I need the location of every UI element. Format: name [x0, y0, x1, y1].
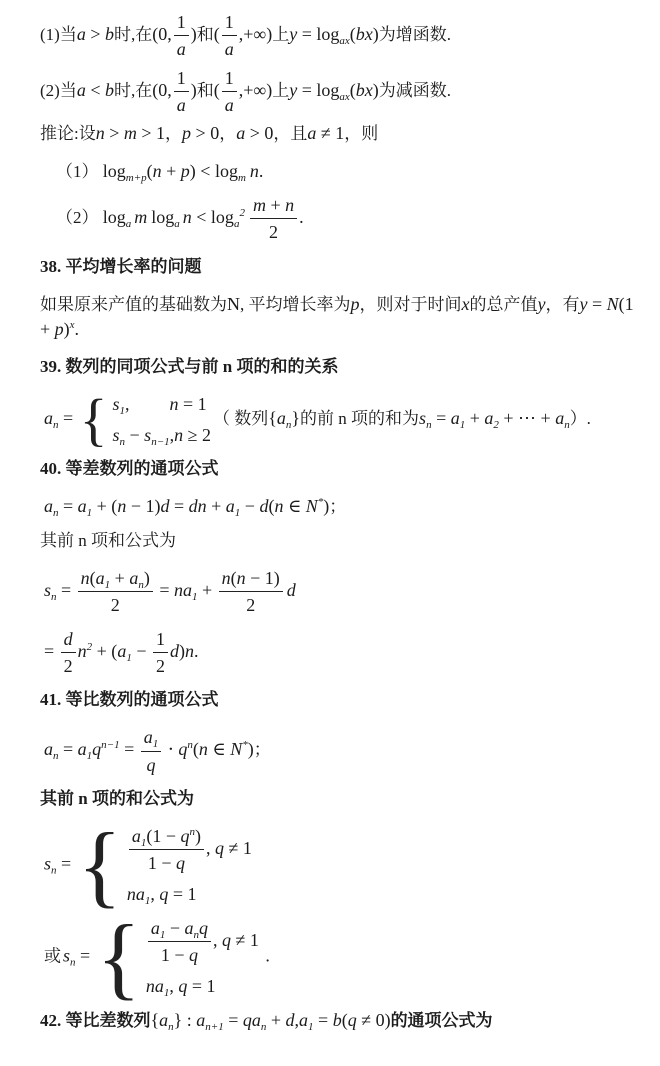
cases-brace: {: [80, 395, 108, 444]
fraction: d2: [61, 627, 76, 679]
piecewise-cases: {a1(1 − qn)1 − q, q ≠ 1na1, q = 1: [78, 824, 252, 907]
rule-2-decreasing: (2)当a < b时,在(0,1a)和(1a,+∞)上y = logax(bx)…: [40, 66, 642, 118]
cases-brace: {: [78, 826, 122, 904]
formula-40-sum-2: = d2n2 + (a1 − 12d)n.: [40, 627, 642, 679]
heading-40: 40. 等差数列的通项公式: [40, 456, 642, 481]
formula-41-sum-1: sn = {a1(1 − qn)1 − q, q ≠ 1na1, q = 1: [40, 824, 642, 907]
fraction: 1a: [174, 66, 189, 118]
heading-39: 39. 数列的同项公式与前 n 项的和的关系: [40, 354, 642, 379]
formula-40-general: an = a1 + (n − 1)d = dn + a1 − d(n ∈ N*)…: [40, 494, 642, 519]
text-41-sum-intro: 其前 n 项的和公式为: [40, 786, 642, 811]
document-page: (1)当a > b时,在(0,1a)和(1a,+∞)上y = logax(bx)…: [40, 10, 642, 1033]
fraction: a1 − anq1 − q: [148, 916, 211, 968]
formula-40-sum-1: sn = n(a1 + an)2 = na1 + n(n − 1)2d: [40, 566, 642, 618]
fraction: a1q: [141, 725, 162, 777]
cases-brace: {: [97, 918, 141, 996]
rule-1-increasing: (1)当a > b时,在(0,1a)和(1a,+∞)上y = logax(bx)…: [40, 10, 642, 62]
corollary-2: （2） logamlogan < loga2m + n2.: [40, 193, 642, 245]
fraction: 1a: [222, 66, 237, 118]
piecewise-cases: {a1 − anq1 − q, q ≠ 1na1, q = 1: [97, 916, 259, 999]
fraction: 12: [153, 627, 168, 679]
piecewise-cases: {s1,n = 1sn − sn−1,n ≥ 2: [80, 392, 211, 448]
heading-41: 41. 等比数列的通项公式: [40, 687, 642, 712]
fraction: 1a: [174, 10, 189, 62]
document-content: (1)当a > b时,在(0,1a)和(1a,+∞)上y = logax(bx)…: [40, 10, 642, 1033]
corollary-1: （1） logm+p(n + p) < logmn.: [40, 159, 642, 184]
formula-39: an = {s1,n = 1sn − sn−1,n ≥ 2（ 数列{an}的前 …: [40, 392, 642, 448]
fraction: n(n − 1)2: [219, 566, 283, 618]
formula-41-sum-2: 或sn = {a1 − anq1 − q, q ≠ 1na1, q = 1 .: [40, 916, 642, 999]
fraction: m + n2: [250, 193, 297, 245]
text-40-sum-intro: 其前 n 项和公式为: [40, 528, 642, 553]
fraction: n(a1 + an)2: [78, 566, 153, 618]
para-38: 如果原来产值的基础数为N, 平均增长率为p，则对于时间x的总产值y，有y = N…: [40, 292, 642, 341]
heading-38: 38. 平均增长率的问题: [40, 254, 642, 279]
formula-41-general: an = a1qn−1 = a1q ⋅ qn(n ∈ N*)；: [40, 725, 642, 777]
fraction: 1a: [222, 10, 237, 62]
fraction: a1(1 − qn)1 − q: [129, 824, 204, 876]
corollary-intro: 推论:设n > m > 1，p > 0，a > 0，且a ≠ 1，则: [40, 121, 642, 146]
heading-42: 42. 等比差数列{an} : an+1 = qan + d,a1 = b(q …: [40, 1008, 642, 1033]
